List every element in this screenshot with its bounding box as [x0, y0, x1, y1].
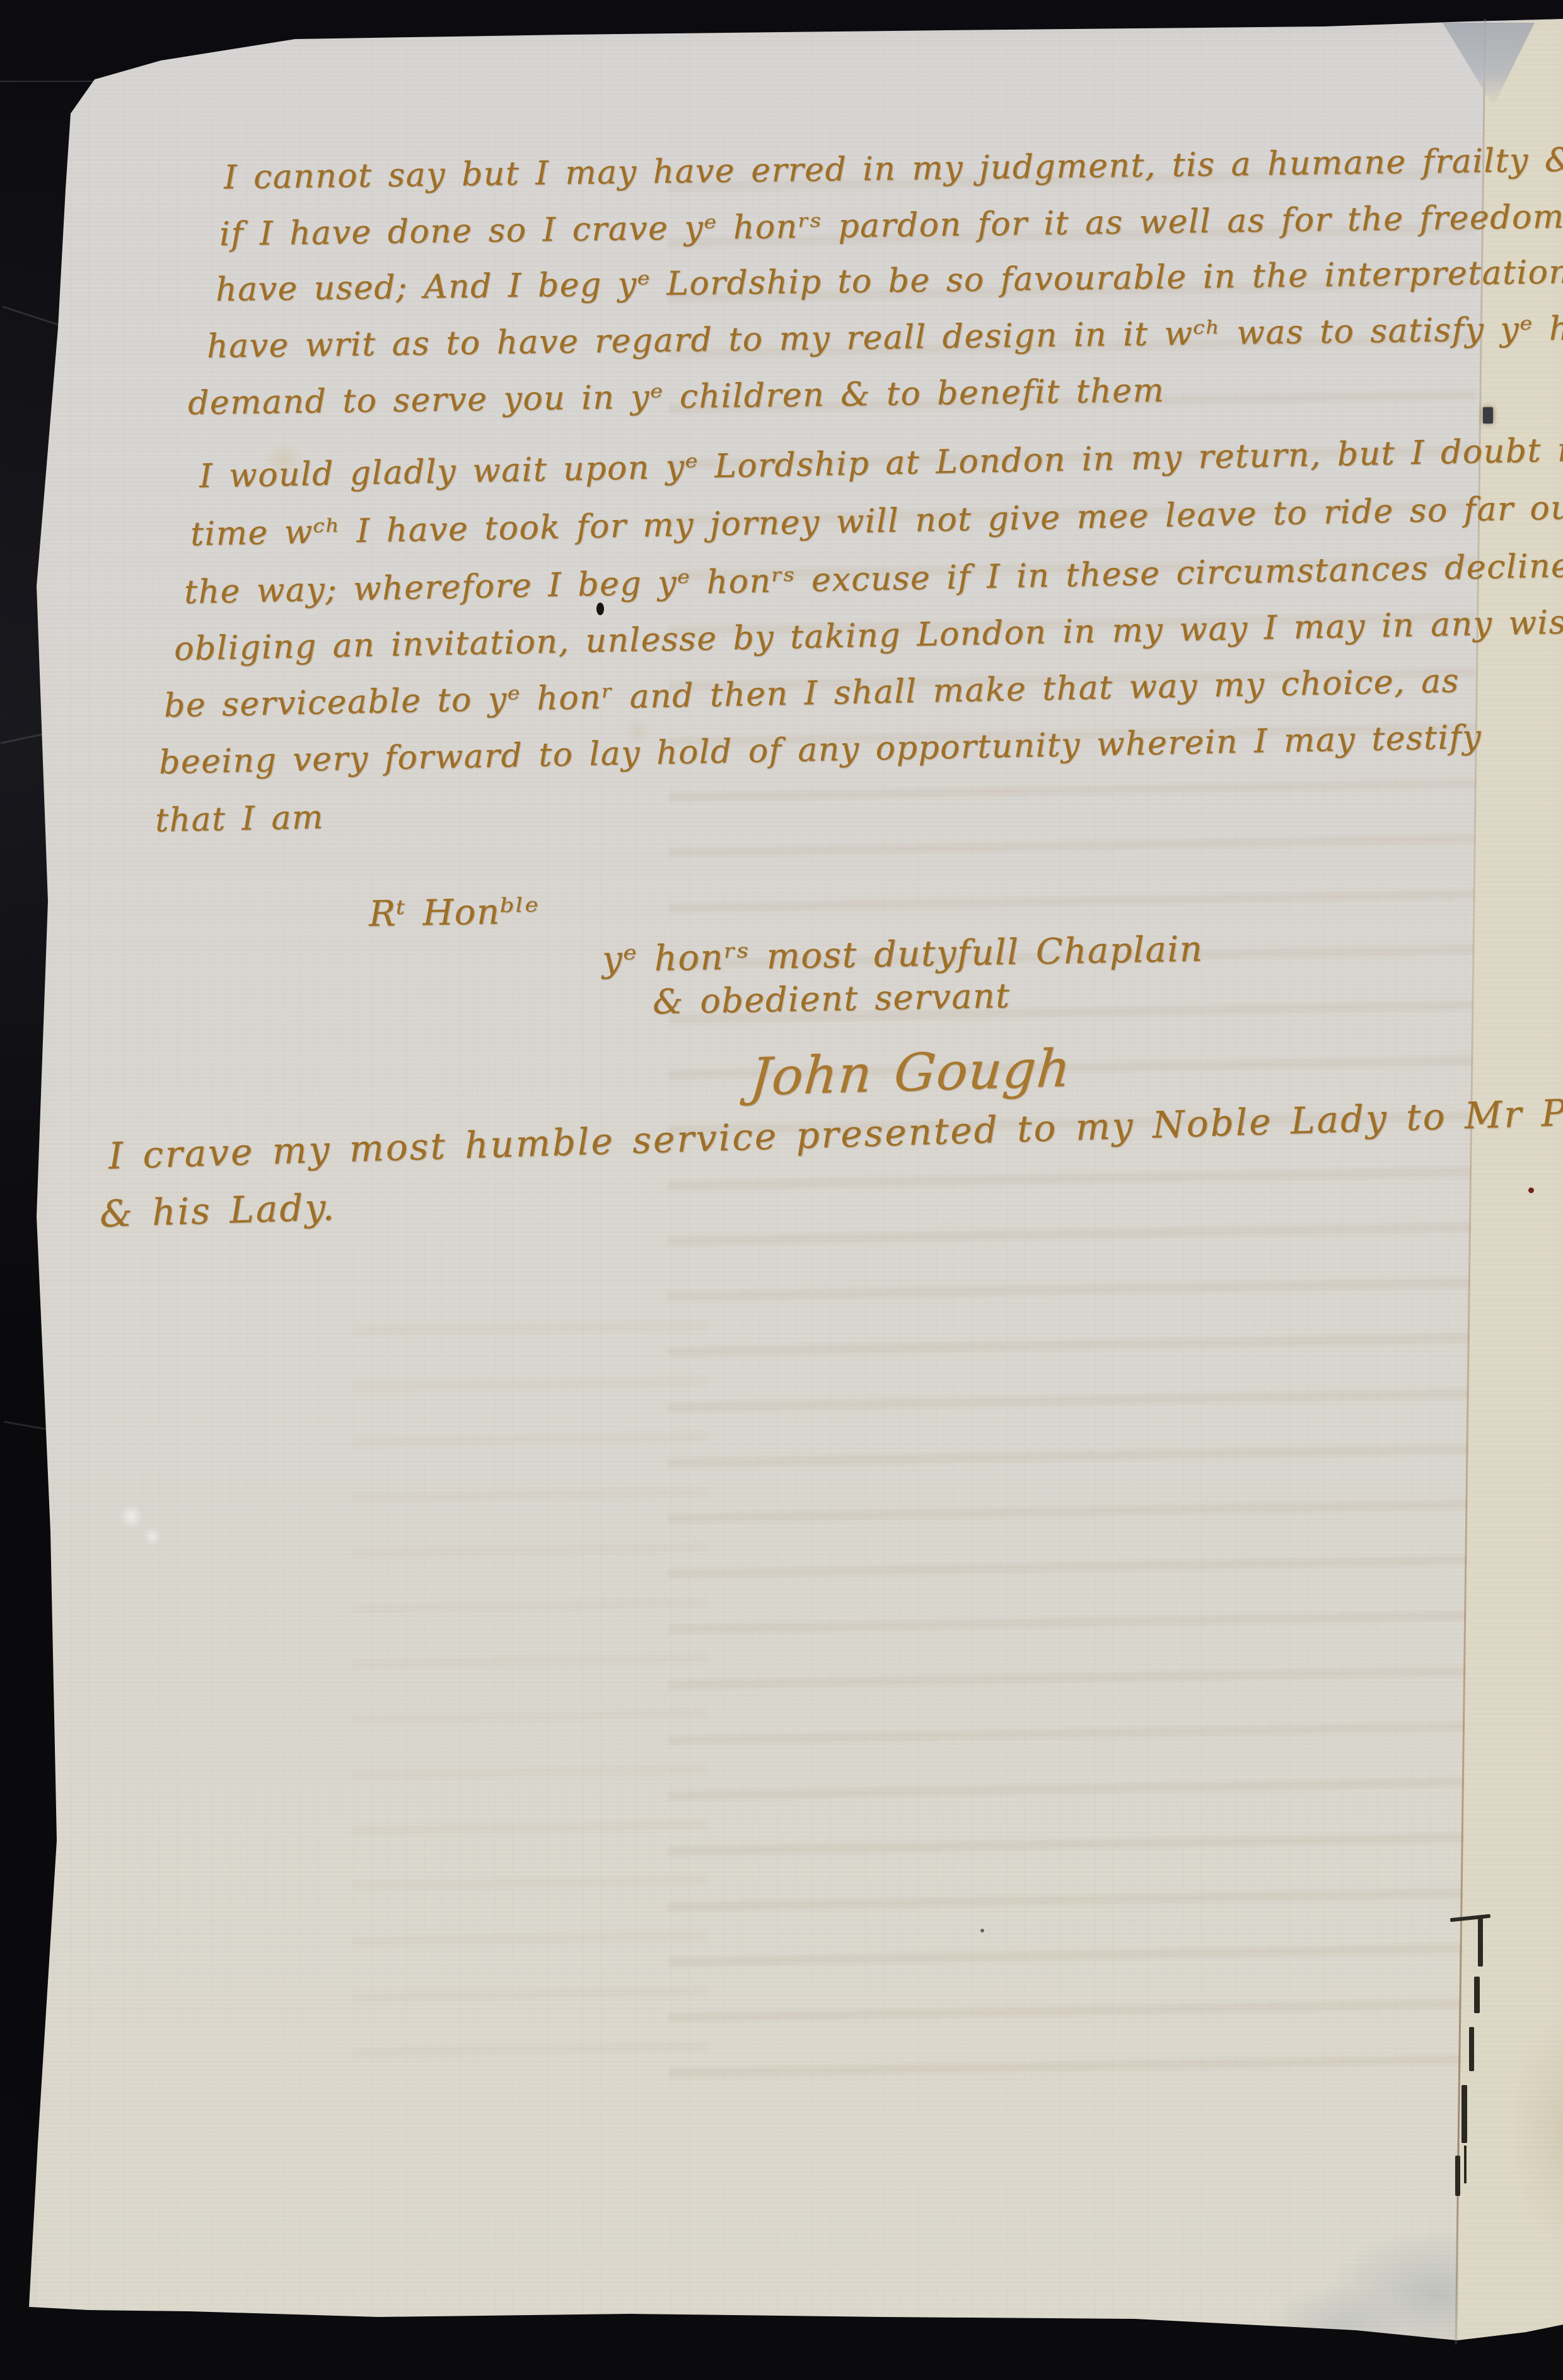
binding-stitch-mark — [1455, 2156, 1460, 2196]
manuscript-photo: I cannot say but I may have erred in my … — [0, 0, 1563, 2380]
letter-line: that I am — [154, 799, 324, 840]
valediction-line: & obedient servant — [652, 976, 1010, 1022]
ink-speck — [980, 1929, 984, 1932]
ink-speck — [596, 603, 604, 615]
postscript-line: & his Lady. — [99, 1186, 337, 1235]
binding-stitch-hole — [1483, 407, 1493, 424]
binding-stitch-mark — [1461, 2085, 1467, 2143]
binding-stitch-mark — [1478, 1917, 1483, 1967]
ink-speck — [1528, 1187, 1534, 1193]
signature: John Gough — [748, 1039, 1073, 1107]
binding-stitch-mark — [1474, 1977, 1480, 2013]
binding-stitch-mark — [1469, 2027, 1474, 2071]
verso-showthrough — [353, 1292, 706, 2080]
closing-honorific: Rᵗ Honᵇˡᵉ — [368, 891, 540, 935]
